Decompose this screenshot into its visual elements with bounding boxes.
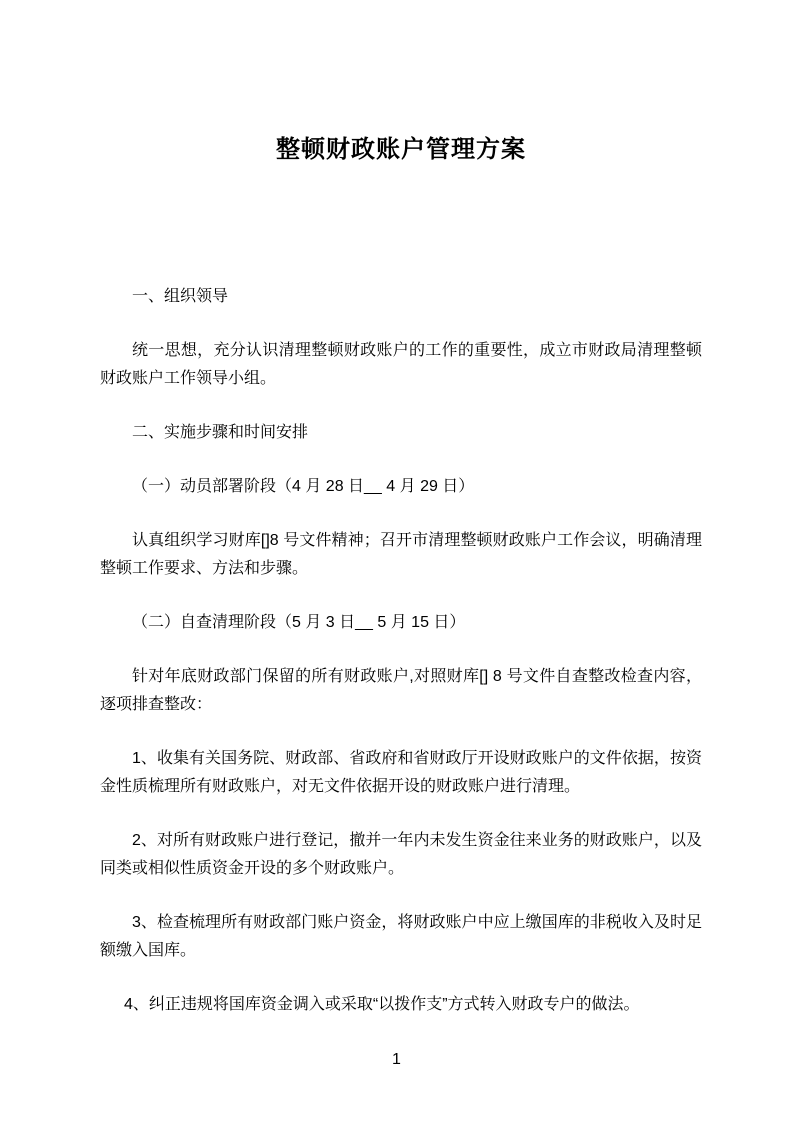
subheading-stage-1: （一）动员部署阶段（4 月 28 日__ 4 月 29 日） bbox=[100, 473, 702, 501]
list-item-3: 3、检查梳理所有财政部门账户资金，将财政账户中应上缴国库的非税收入及时足额缴入国… bbox=[100, 909, 702, 965]
paragraph-stage-1-body: 认真组织学习财库[]8 号文件精神；召开市清理整顿财政账户工作会议，明确清理整顿… bbox=[100, 527, 702, 583]
list-item-2: 2、对所有财政账户进行登记，撤并一年内未发生资金往来业务的财政账户，以及同类或相… bbox=[100, 827, 702, 883]
paragraph-stage-2-intro: 针对年底财政部门保留的所有财政账户,对照财库[] 8 号文件自查整改检查内容，逐… bbox=[100, 663, 702, 719]
list-item-1: 1、收集有关国务院、财政部、省政府和省财政厅开设财政账户的文件依据，按资金性质梳… bbox=[100, 745, 702, 801]
list-item-4: 4、纠正违规将国库资金调入或采取“以拨作支”方式转入财政专户的做法。 bbox=[100, 991, 702, 1019]
heading-section-1: 一、组织领导 bbox=[100, 283, 702, 311]
paragraph-section-1-body: 统一思想，充分认识清理整顿财政账户的工作的重要性，成立市财政局清理整顿财政账户工… bbox=[100, 337, 702, 393]
heading-section-2: 二、实施步骤和时间安排 bbox=[100, 419, 702, 447]
document-page: 整顿财政账户管理方案 一、组织领导 统一思想，充分认识清理整顿财政账户的工作的重… bbox=[0, 0, 793, 1122]
document-content: 整顿财政账户管理方案 一、组织领导 统一思想，充分认识清理整顿财政账户的工作的重… bbox=[100, 132, 702, 1045]
document-title: 整顿财政账户管理方案 bbox=[100, 132, 702, 168]
subheading-stage-2: （二）自查清理阶段（5 月 3 日__ 5 月 15 日） bbox=[100, 609, 702, 637]
page-number: 1 bbox=[0, 1048, 793, 1072]
